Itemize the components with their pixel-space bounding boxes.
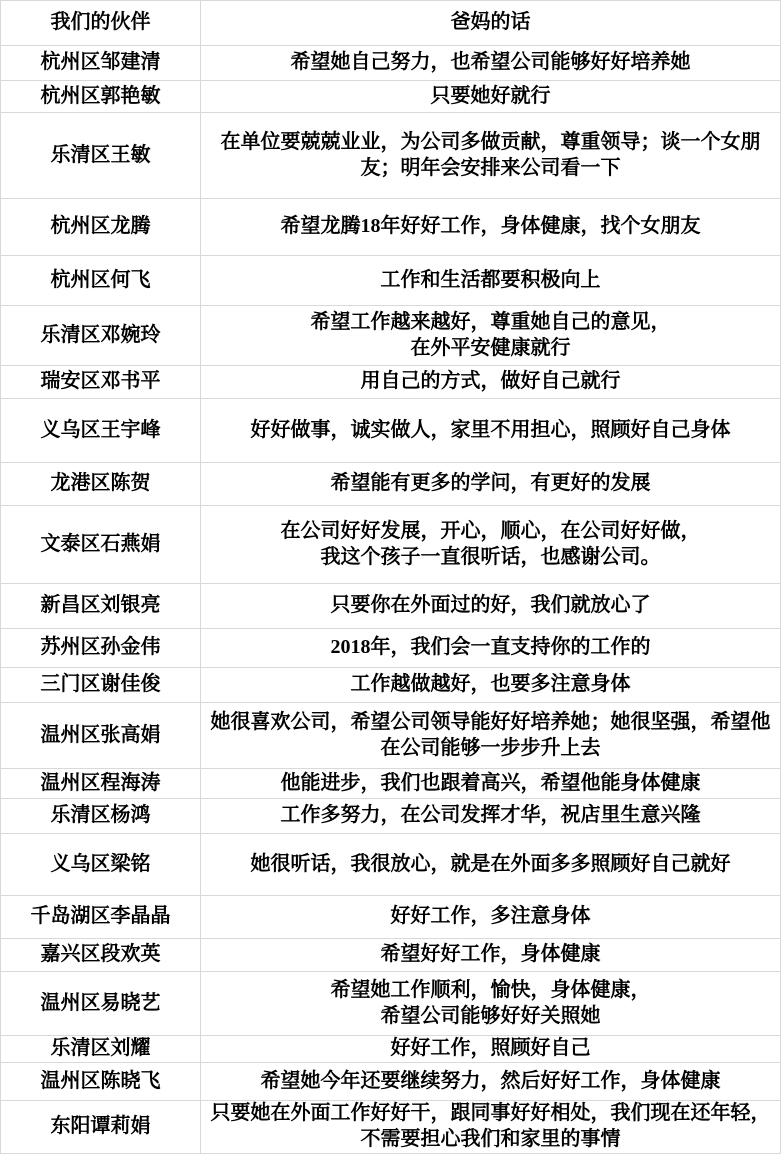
parent-message-cell: 工作越做越好，也要多注意身体 (201, 668, 780, 702)
message-line: 好好工作，多注意身体 (391, 904, 591, 930)
parent-message-cell: 她很喜欢公司，希望公司领导能好好培养她；她很坚强，希望他在公司能够一步步升上去 (201, 703, 780, 768)
table-row: 义乌区梁铭她很听话，我很放心，就是在外面多多照顾好自己就好 (1, 834, 780, 896)
message-line: 好好工作，照顾好自己 (391, 1036, 591, 1062)
table-row: 乐清区杨鸿工作多努力，在公司发挥才华，祝店里生意兴隆 (1, 799, 780, 834)
parent-message-cell: 希望她工作顺利，愉快，身体健康，希望公司能够好好关照她 (201, 972, 780, 1035)
message-line: 用自己的方式，做好自己就行 (361, 369, 621, 395)
parent-message-cell: 希望她今年还要继续努力，然后好好工作，身体健康 (201, 1063, 780, 1100)
message-line: 希望公司能够好好关照她 (381, 1004, 601, 1030)
message-line: 工作越做越好，也要多注意身体 (351, 672, 631, 698)
message-line: 在单位要兢兢业业，为公司多做贡献，尊重领导；谈一个女朋友；明年会安排来公司看一下 (209, 130, 772, 181)
column-header-partners: 我们的伙伴 (1, 1, 201, 45)
table-row: 东阳谭莉娟只要她在外面工作好好干，跟同事好好相处，我们现在还年轻，不需要担心我们… (1, 1101, 780, 1153)
message-line: 好好做事，诚实做人，家里不用担心，照顾好自己身体 (251, 418, 731, 444)
parent-message-cell: 工作和生活都要积极向上 (201, 256, 780, 305)
parent-message-cell: 好好工作，照顾好自己 (201, 1036, 780, 1062)
parent-message-cell: 他能进步，我们也跟着高兴，希望他能身体健康 (201, 769, 780, 798)
parent-message-cell: 希望她自己努力，也希望公司能够好好培养她 (201, 46, 780, 80)
message-line: 希望她今年还要继续努力，然后好好工作，身体健康 (261, 1069, 721, 1095)
table-row: 杭州区龙腾希望龙腾18年好好工作，身体健康，找个女朋友 (1, 199, 780, 256)
table-row: 乐清区刘耀好好工作，照顾好自己 (1, 1036, 780, 1063)
partner-name-cell: 东阳谭莉娟 (1, 1101, 201, 1153)
message-line: 2018年，我们会一直支持你的工作的 (331, 635, 651, 661)
partner-name-cell: 乐清区王敏 (1, 113, 201, 198)
parents-words-table: 我们的伙伴 爸妈的话 杭州区邹建清希望她自己努力，也希望公司能够好好培养她杭州区… (0, 0, 781, 1154)
partner-name-cell: 苏州区孙金伟 (1, 629, 201, 667)
parent-message-cell: 在单位要兢兢业业，为公司多做贡献，尊重领导；谈一个女朋友；明年会安排来公司看一下 (201, 113, 780, 198)
message-line: 希望好好工作，身体健康 (381, 942, 601, 968)
parent-message-cell: 希望龙腾18年好好工作，身体健康，找个女朋友 (201, 199, 780, 255)
table-row: 瑞安区邓书平用自己的方式，做好自己就行 (1, 366, 780, 399)
table-row: 乐清区王敏在单位要兢兢业业，为公司多做贡献，尊重领导；谈一个女朋友；明年会安排来… (1, 113, 780, 199)
message-line: 只要她好就行 (431, 84, 551, 110)
parent-message-cell: 2018年，我们会一直支持你的工作的 (201, 629, 780, 667)
message-line: 只要她在外面工作好好干，跟同事好好相处，我们现在还年轻，不需要担心我们和家里的事… (209, 1101, 772, 1152)
partner-name-cell: 乐清区刘耀 (1, 1036, 201, 1062)
partner-name-cell: 千岛湖区李晶晶 (1, 896, 201, 938)
parent-message-cell: 好好工作，多注意身体 (201, 896, 780, 938)
message-line: 只要你在外面过的好，我们就放心了 (331, 593, 651, 619)
partner-name-cell: 乐清区杨鸿 (1, 799, 201, 833)
parent-message-cell: 用自己的方式，做好自己就行 (201, 366, 780, 398)
table-header-row: 我们的伙伴 爸妈的话 (1, 1, 780, 46)
message-line: 希望她自己努力，也希望公司能够好好培养她 (291, 50, 691, 76)
message-line: 希望工作越来越好，尊重她自己的意见， (311, 310, 671, 336)
partner-name-cell: 义乌区王宇峰 (1, 399, 201, 462)
message-line: 希望龙腾18年好好工作，身体健康，找个女朋友 (281, 214, 701, 240)
table-row: 杭州区邹建清希望她自己努力，也希望公司能够好好培养她 (1, 46, 780, 81)
message-line: 在公司好好发展，开心，顺心，在公司好好做， (281, 519, 701, 545)
table-row: 温州区易晓艺希望她工作顺利，愉快，身体健康，希望公司能够好好关照她 (1, 972, 780, 1036)
partner-name-cell: 文泰区石燕娟 (1, 506, 201, 583)
table-row: 三门区谢佳俊工作越做越好，也要多注意身体 (1, 668, 780, 703)
message-line: 希望她工作顺利，愉快，身体健康， (331, 978, 651, 1004)
message-line: 希望能有更多的学问，有更好的发展 (331, 471, 651, 497)
partner-name-cell: 瑞安区邓书平 (1, 366, 201, 398)
table-row: 乐清区邓婉玲希望工作越来越好，尊重她自己的意见，在外平安健康就行 (1, 306, 780, 366)
parent-message-cell: 希望好好工作，身体健康 (201, 939, 780, 971)
table-row: 龙港区陈贺希望能有更多的学问，有更好的发展 (1, 463, 780, 506)
partner-name-cell: 嘉兴区段欢英 (1, 939, 201, 971)
parent-message-cell: 她很听话，我很放心，就是在外面多多照顾好自己就好 (201, 834, 780, 895)
table-row: 千岛湖区李晶晶好好工作，多注意身体 (1, 896, 780, 939)
table-row: 温州区张高娟她很喜欢公司，希望公司领导能好好培养她；她很坚强，希望他在公司能够一… (1, 703, 780, 769)
parent-message-cell: 工作多努力，在公司发挥才华，祝店里生意兴隆 (201, 799, 780, 833)
message-line: 工作和生活都要积极向上 (381, 268, 601, 294)
partner-name-cell: 新昌区刘银亮 (1, 584, 201, 628)
partner-name-cell: 杭州区龙腾 (1, 199, 201, 255)
table-row: 杭州区何飞工作和生活都要积极向上 (1, 256, 780, 306)
message-line: 他能进步，我们也跟着高兴，希望他能身体健康 (281, 771, 701, 797)
table-row: 苏州区孙金伟2018年，我们会一直支持你的工作的 (1, 629, 780, 668)
column-header-parents-words: 爸妈的话 (201, 1, 780, 45)
table-row: 温州区程海涛他能进步，我们也跟着高兴，希望他能身体健康 (1, 769, 780, 799)
table-row: 新昌区刘银亮只要你在外面过的好，我们就放心了 (1, 584, 780, 629)
table-row: 温州区陈晓飞希望她今年还要继续努力，然后好好工作，身体健康 (1, 1063, 780, 1101)
message-line: 在外平安健康就行 (411, 336, 571, 362)
message-line: 我这个孩子一直很听话，也感谢公司。 (321, 545, 661, 571)
partner-name-cell: 温州区张高娟 (1, 703, 201, 768)
parent-message-cell: 只要她在外面工作好好干，跟同事好好相处，我们现在还年轻，不需要担心我们和家里的事… (201, 1101, 780, 1153)
parent-message-cell: 在公司好好发展，开心，顺心，在公司好好做，我这个孩子一直很听话，也感谢公司。 (201, 506, 780, 583)
parent-message-cell: 希望工作越来越好，尊重她自己的意见，在外平安健康就行 (201, 306, 780, 365)
message-line: 她很喜欢公司，希望公司领导能好好培养她；她很坚强，希望他在公司能够一步步升上去 (209, 710, 772, 761)
partner-name-cell: 温州区易晓艺 (1, 972, 201, 1035)
message-line: 她很听话，我很放心，就是在外面多多照顾好自己就好 (251, 852, 731, 878)
parent-message-cell: 只要你在外面过的好，我们就放心了 (201, 584, 780, 628)
partner-name-cell: 三门区谢佳俊 (1, 668, 201, 702)
partner-name-cell: 杭州区何飞 (1, 256, 201, 305)
partner-name-cell: 义乌区梁铭 (1, 834, 201, 895)
partner-name-cell: 乐清区邓婉玲 (1, 306, 201, 365)
partner-name-cell: 龙港区陈贺 (1, 463, 201, 505)
partner-name-cell: 杭州区邹建清 (1, 46, 201, 80)
parent-message-cell: 好好做事，诚实做人，家里不用担心，照顾好自己身体 (201, 399, 780, 462)
table-row: 义乌区王宇峰好好做事，诚实做人，家里不用担心，照顾好自己身体 (1, 399, 780, 463)
table-body: 杭州区邹建清希望她自己努力，也希望公司能够好好培养她杭州区郭艳敏只要她好就行乐清… (1, 46, 780, 1153)
partner-name-cell: 温州区陈晓飞 (1, 1063, 201, 1100)
table-row: 文泰区石燕娟在公司好好发展，开心，顺心，在公司好好做，我这个孩子一直很听话，也感… (1, 506, 780, 584)
table-row: 杭州区郭艳敏只要她好就行 (1, 81, 780, 113)
table-row: 嘉兴区段欢英希望好好工作，身体健康 (1, 939, 780, 972)
message-line: 工作多努力，在公司发挥才华，祝店里生意兴隆 (281, 803, 701, 829)
parent-message-cell: 希望能有更多的学问，有更好的发展 (201, 463, 780, 505)
parent-message-cell: 只要她好就行 (201, 81, 780, 112)
partner-name-cell: 杭州区郭艳敏 (1, 81, 201, 112)
partner-name-cell: 温州区程海涛 (1, 769, 201, 798)
